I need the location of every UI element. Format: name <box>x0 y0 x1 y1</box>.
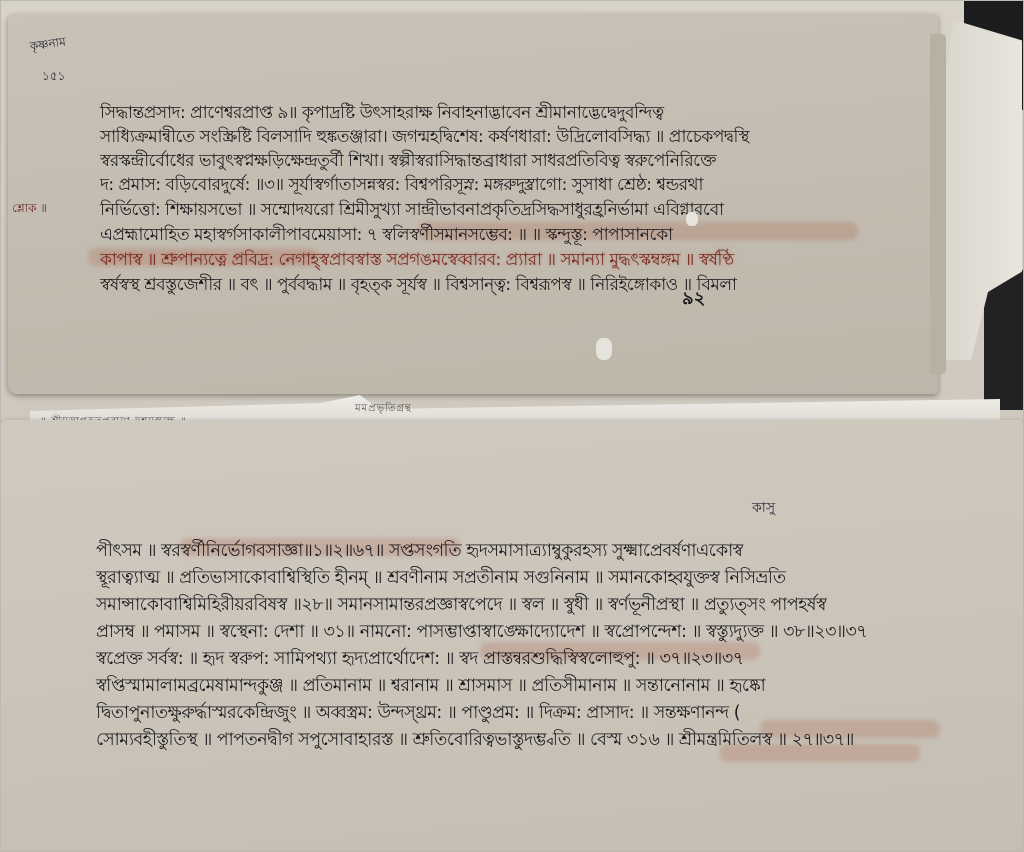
image-border <box>0 0 1024 852</box>
